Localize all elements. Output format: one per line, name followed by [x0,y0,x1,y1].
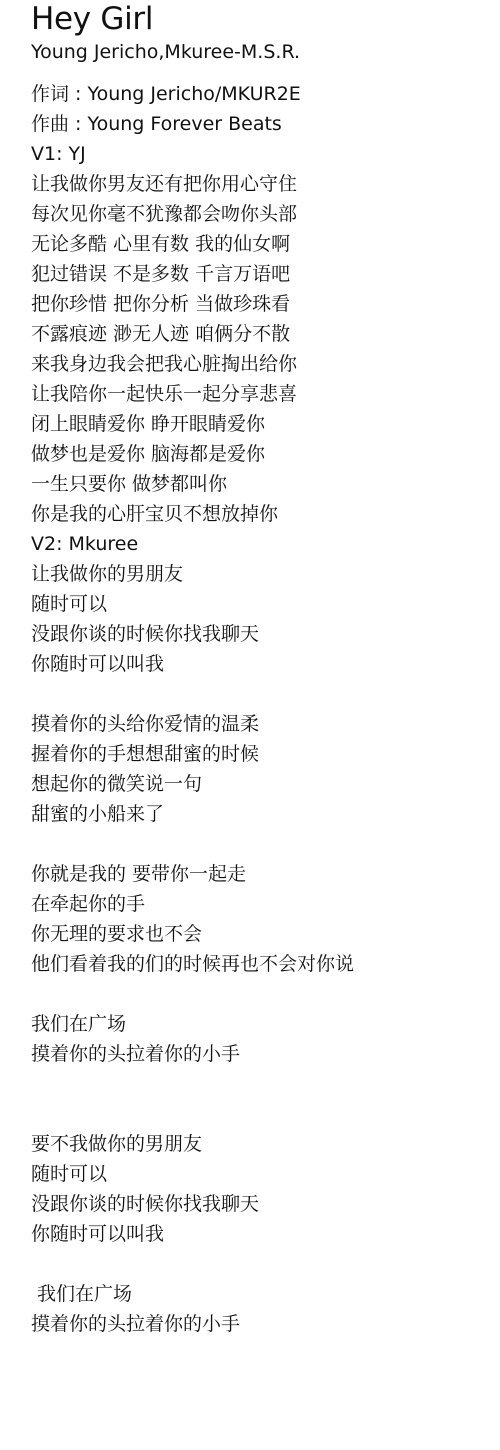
lyric-line: 我们在广场 [31,1279,500,1309]
lyric-line: 他们看着我的们的时候再也不会对你说 [31,949,500,979]
lyric-line: 你是我的心肝宝贝不想放掉你 [31,499,500,529]
lyric-line: 不露痕迹 渺无人迹 咱俩分不散 [31,319,500,349]
lyric-line: 随时可以 [31,1159,500,1189]
lyric-line: 握着你的手想想甜蜜的时候 [31,739,500,769]
lyric-line: 无论多酷 心里有数 我的仙女啊 [31,229,500,259]
lyric-line: 摸着你的头拉着你的小手 [31,1309,500,1339]
lyric-line: 没跟你谈的时候你找我聊天 [31,1189,500,1219]
lyric-line: 随时可以 [31,589,500,619]
lyric-line: 让我做你男友还有把你用心守住 [31,169,500,199]
lyric-line: 想起你的微笑说一句 [31,769,500,799]
lyric-line: 摸着你的头给你爱情的温柔 [31,709,500,739]
song-artist: Young Jericho,Mkuree-M.S.R. [31,39,500,65]
lyric-line: V2: Mkuree [31,529,500,559]
lyric-line: 一生只要你 做梦都叫你 [31,469,500,499]
lyric-line: 摸着你的头拉着你的小手 [31,1039,500,1069]
lyric-line [31,1069,500,1099]
lyric-line: 没跟你谈的时候你找我聊天 [31,619,500,649]
song-title: Hey Girl [31,0,500,37]
lyrics-body: 作词 : Young Jericho/MKUR2E作曲 : Young Fore… [31,79,500,1339]
lyric-line [31,679,500,709]
lyric-line [31,1249,500,1279]
lyric-line: 让我陪你一起快乐一起分享悲喜 [31,379,500,409]
lyric-line: 来我身边我会把我心脏掏出给你 [31,349,500,379]
lyric-line: 闭上眼睛爱你 睁开眼睛爱你 [31,409,500,439]
lyric-line: 让我做你的男朋友 [31,559,500,589]
lyric-line: 甜蜜的小船来了 [31,799,500,829]
lyric-line: 作曲 : Young Forever Beats [31,109,500,139]
lyric-line: 你就是我的 要带你一起走 [31,859,500,889]
lyric-line: 把你珍惜 把你分析 当做珍珠看 [31,289,500,319]
lyric-line [31,829,500,859]
lyric-line: 你无理的要求也不会 [31,919,500,949]
lyric-line: V1: YJ [31,139,500,169]
lyric-line: 要不我做你的男朋友 [31,1129,500,1159]
lyric-line: 你随时可以叫我 [31,1219,500,1249]
lyric-line [31,979,500,1009]
lyric-line: 我们在广场 [31,1009,500,1039]
lyrics-page: Hey Girl Young Jericho,Mkuree-M.S.R. 作词 … [31,0,500,1339]
lyric-line: 犯过错误 不是多数 千言万语吧 [31,259,500,289]
lyric-line: 每次见你毫不犹豫都会吻你头部 [31,199,500,229]
lyric-line: 作词 : Young Jericho/MKUR2E [31,79,500,109]
lyric-line [31,1099,500,1129]
lyric-line: 你随时可以叫我 [31,649,500,679]
lyric-line: 在牵起你的手 [31,889,500,919]
lyric-line: 做梦也是爱你 脑海都是爱你 [31,439,500,469]
